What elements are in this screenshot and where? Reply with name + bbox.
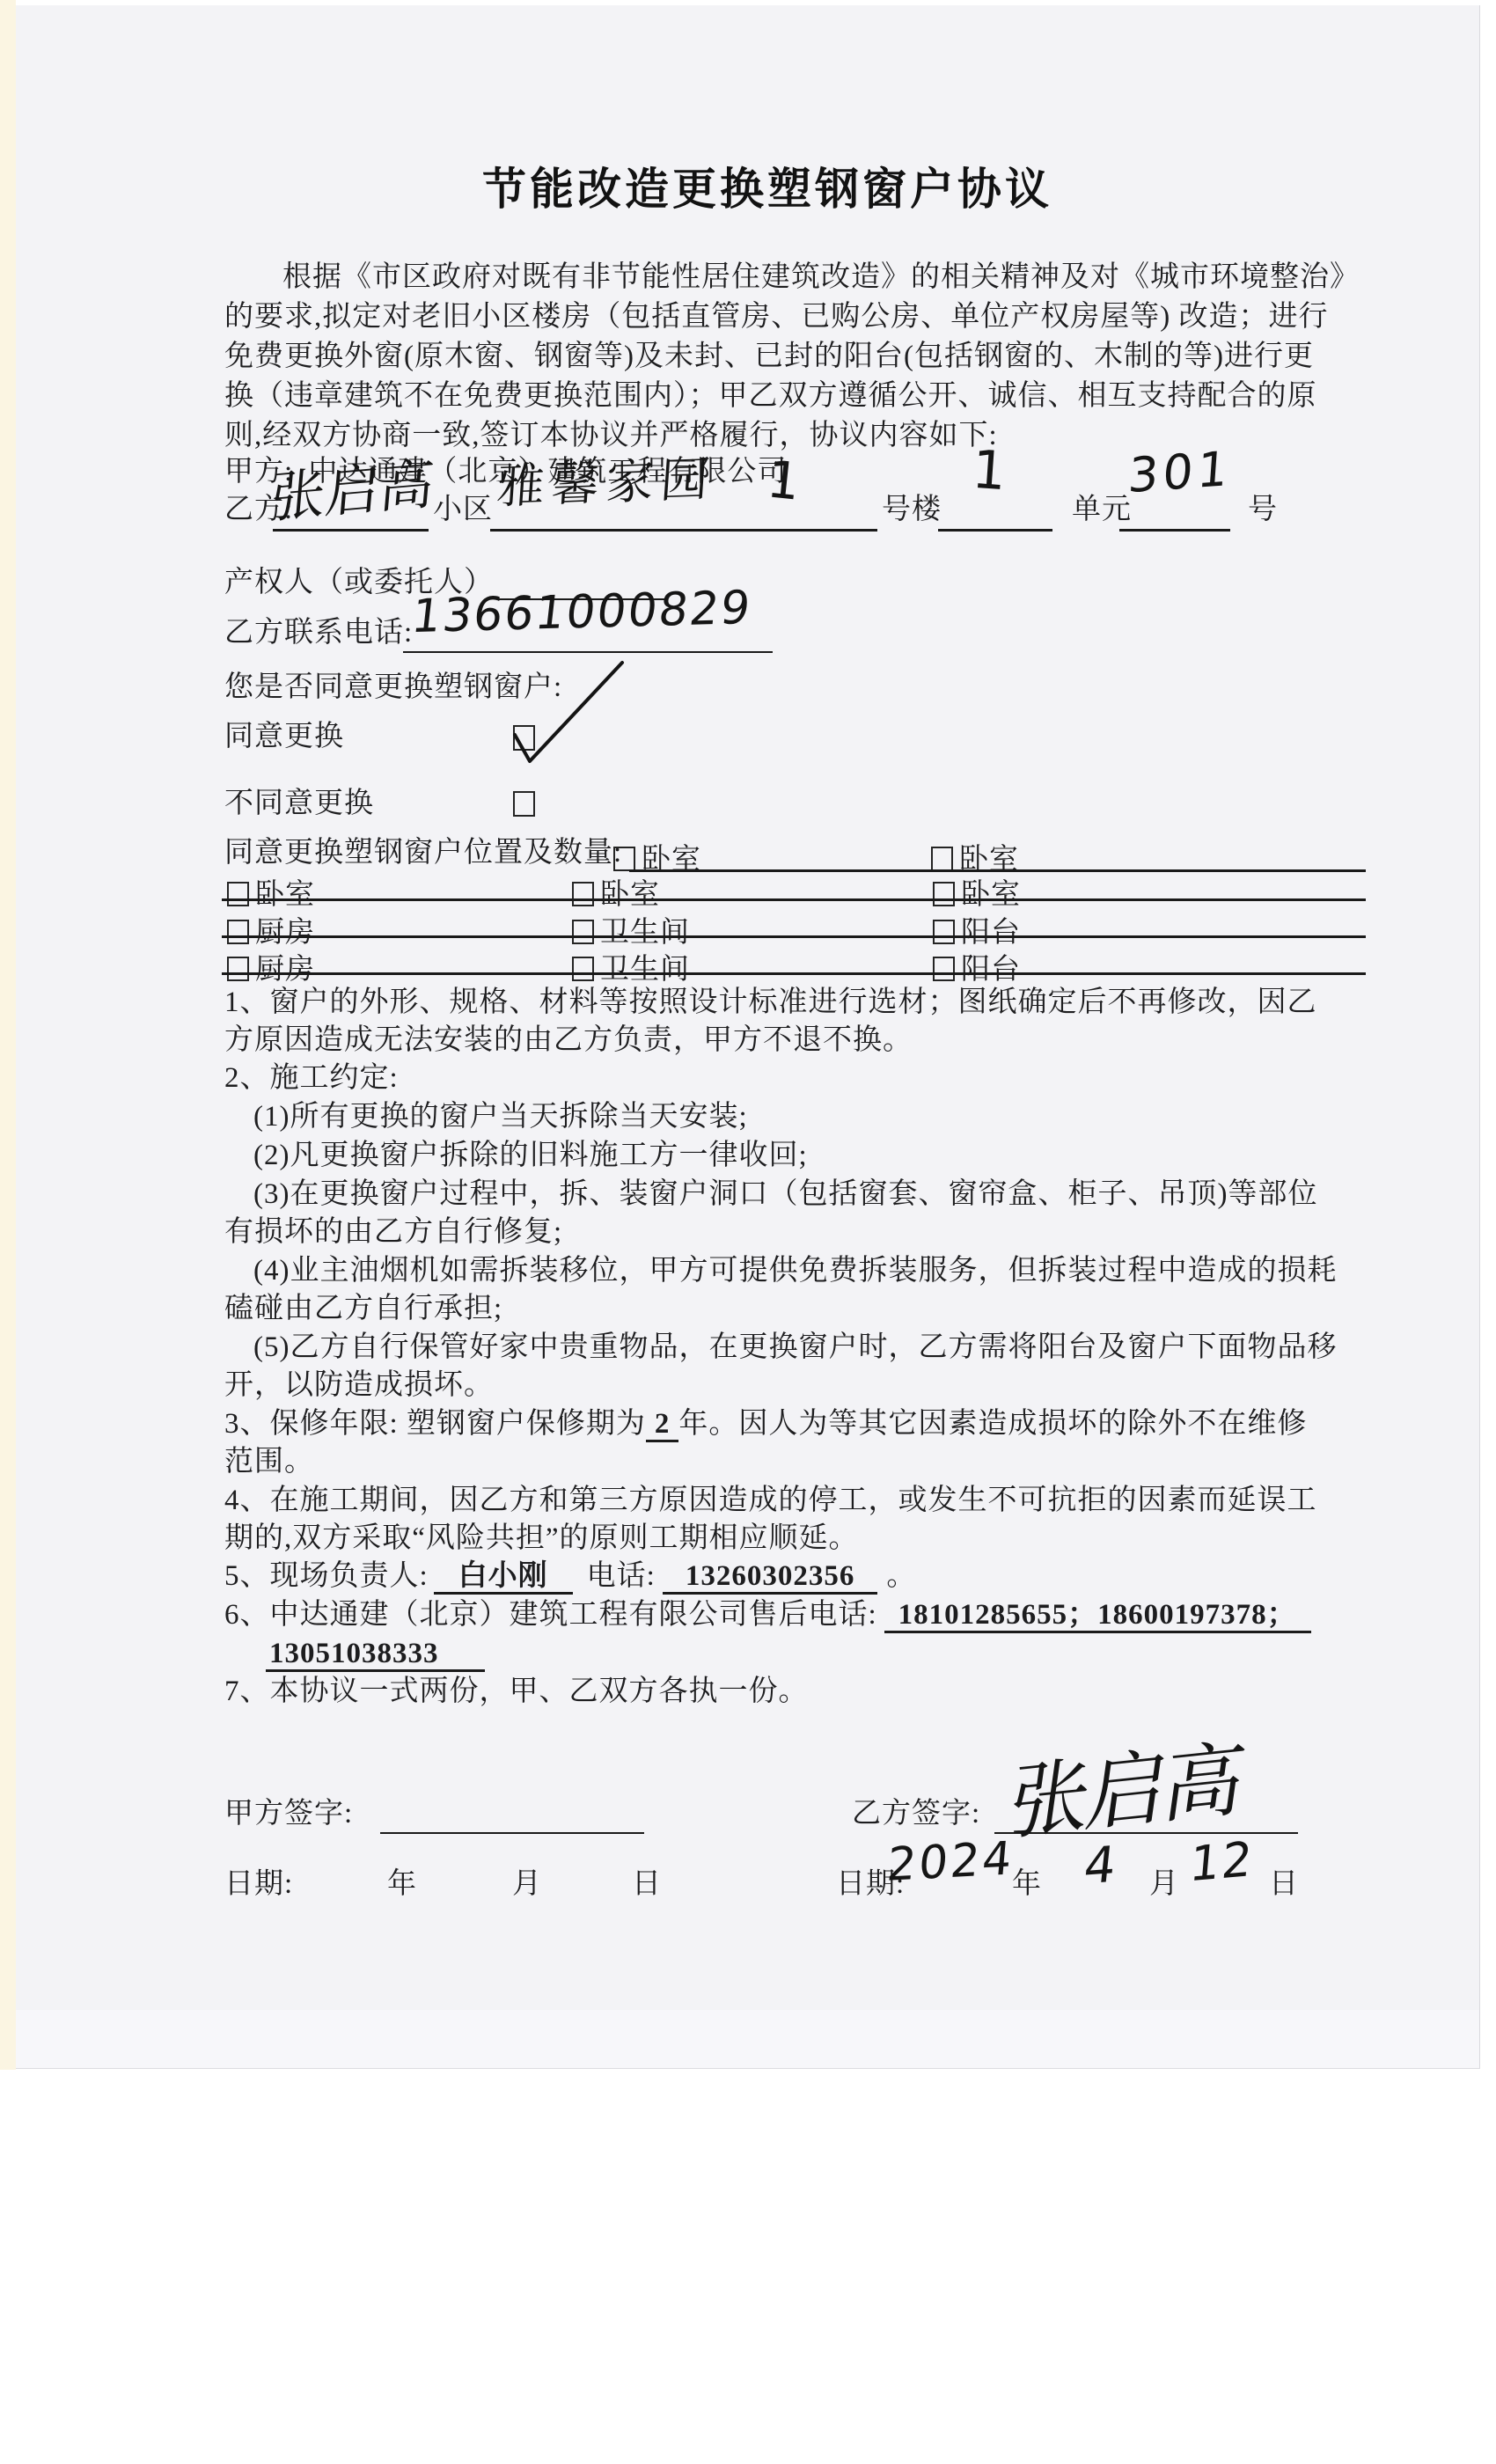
aftersales-phones-2: 13051038333 [266, 1638, 485, 1672]
clause-3-suffix: 年。因人为等其它因素造成损坏的除外不在维修 [678, 1408, 1307, 1440]
location-cell: 卫生间 [572, 909, 690, 950]
clause-6-line-2: 13051038333 [266, 1637, 485, 1671]
room-label: 阳台 [961, 917, 1021, 949]
checkbox-icon [613, 847, 635, 871]
handwritten-room-no: 301 [1126, 441, 1234, 504]
contact-label: 乙方联系电话: [224, 616, 413, 650]
intro-line-1: 根据《市区政府对既有非节能性居住建筑改造》的相关精神及对《城市环境整治》 [282, 260, 1360, 295]
row-rule [222, 972, 1366, 975]
row-rule [222, 898, 1366, 901]
locations-header-label: 同意更换塑钢窗户位置及数量: [224, 836, 622, 870]
clause-1-line-2: 方原因造成无法安装的由乙方负责，甲方不退不换。 [224, 1023, 913, 1058]
checkbox-icon [933, 920, 955, 944]
clause-3-prefix: 3、保修年限: 塑钢窗户保修期为 [224, 1408, 646, 1440]
clause-5-tel-label: 电话: [587, 1560, 656, 1592]
clause-5-tail: 。 [886, 1560, 916, 1592]
clause-5-label: 5、现场负责人: [224, 1560, 429, 1592]
community-blank [490, 529, 877, 532]
room-blank [1119, 529, 1230, 532]
checkbox-icon [931, 847, 953, 871]
room-label: 卧室 [961, 879, 1021, 911]
year-label-right: 年 [1012, 1867, 1042, 1902]
year-label-left: 年 [387, 1867, 417, 1902]
checkbox-icon [227, 957, 249, 981]
intro-line-2: 的要求,拟定对老旧小区楼房（包括直管房、已购公房、单位产权房屋等) 改造；进行 [224, 300, 1329, 334]
party-a-signature-blank [380, 1832, 644, 1834]
handwritten-building-no: 1 [765, 449, 803, 511]
handwritten-year: 2024 [884, 1832, 1016, 1892]
checkbox-icon [572, 920, 594, 944]
handwritten-month: 4 [1082, 1836, 1118, 1896]
clause-2-item-1: (1)所有更换的窗户当天拆除当天安装; [253, 1100, 748, 1134]
document-title: 节能改造更换塑钢窗户协议 [482, 164, 1052, 216]
day-label-right: 日 [1269, 1867, 1299, 1902]
clause-2-item-4-line-2: 磕碰由乙方自行承担; [224, 1292, 502, 1326]
paper-bottom-band [16, 2010, 1479, 2068]
handwritten-checkmark [488, 647, 647, 779]
clause-2-item-3-line-2: 有损坏的由乙方自行修复; [224, 1215, 562, 1250]
room-label: 卧室 [255, 879, 315, 911]
party-b-signature-label: 乙方签字: [852, 1797, 980, 1831]
location-cell: 卫生间 [572, 946, 690, 987]
warranty-years-value: 2 [646, 1408, 679, 1442]
scan-edge-strip [0, 0, 16, 2070]
room-label: 卫生间 [600, 917, 690, 949]
checkbox-icon [933, 957, 955, 981]
building-blank [938, 529, 1052, 532]
clause-2-item-3-line-1: (3)在更换窗户过程中，拆、装窗户洞口（包括窗套、窗帘盒、柜子、吊顶)等部位 [253, 1177, 1317, 1212]
site-manager-name: 白小刚 [434, 1560, 573, 1595]
party-a-signature-label: 甲方签字: [224, 1797, 353, 1831]
scanned-document: 节能改造更换塑钢窗户协议 根据《市区政府对既有非节能性居住建筑改造》的相关精神及… [0, 0, 1496, 2464]
handwritten-phone: 13661000829 [409, 582, 755, 643]
room-label: 阳台 [961, 954, 1021, 986]
room-label: 厨房 [255, 954, 315, 986]
location-cell: 厨房 [227, 946, 315, 987]
clause-4-line-1: 4、在施工期间，因乙方和第三方原因造成的停工，或发生不可抗拒的因素而延误工 [224, 1484, 1317, 1518]
room-label: 厨房 [255, 917, 315, 949]
location-cell: 卧室 [227, 871, 315, 913]
clause-7: 7、本协议一式两份，甲、乙双方各执一份。 [224, 1675, 809, 1709]
row-rule [222, 935, 1366, 938]
community-label: 小区 [433, 493, 493, 527]
location-cell: 卧室 [933, 871, 1021, 913]
month-label-left: 月 [512, 1867, 542, 1902]
number-label: 号 [1248, 493, 1278, 527]
checkbox-icon [572, 957, 594, 981]
location-cell: 阳台 [933, 909, 1021, 950]
clause-5: 5、现场负责人:白小刚电话:13260302356。 [224, 1559, 916, 1594]
room-label: 卧室 [600, 879, 660, 911]
disagree-checkbox [513, 791, 535, 817]
intro-line-3: 免费更换外窗(原木窗、钢窗等)及未封、已封的阳台(包括钢窗的、木制的等)进行更 [224, 340, 1314, 374]
intro-line-4: 换（违章建筑不在免费更换范围内）；甲乙双方遵循公开、诚信、相互支持配合的原 [224, 379, 1317, 414]
clause-4-line-2: 期的,双方采取“风险共担”的原则工期相应顺延。 [224, 1522, 859, 1556]
clause-6-label: 6、中达通建（北京）建筑工程有限公司售后电话: [224, 1599, 877, 1631]
clause-6-line-1: 6、中达通建（北京）建筑工程有限公司售后电话:18101285655；18600… [224, 1598, 1311, 1632]
clause-1-line-1: 1、窗户的外形、规格、材料等按照设计标准进行选材；图纸确定后不再修改，因乙 [224, 986, 1317, 1020]
clause-2-item-5-line-1: (5)乙方自行保管好家中贵重物品，在更换窗户时，乙方需将阳台及窗户下面物品移 [253, 1331, 1337, 1365]
location-cell: 厨房 [227, 909, 315, 950]
room-label: 卫生间 [600, 954, 690, 986]
clause-3-line-1: 3、保修年限: 塑钢窗户保修期为2年。因人为等其它因素造成损坏的除外不在维修 [224, 1407, 1307, 1441]
agree-label: 同意更换 [224, 720, 344, 754]
day-label-left: 日 [632, 1867, 662, 1902]
handwritten-community: 雅馨家园 [495, 442, 717, 517]
handwritten-unit-no: 1 [971, 439, 1008, 502]
checkbox-icon [572, 882, 594, 906]
checkbox-icon [227, 920, 249, 944]
clause-3-line-2: 范围。 [224, 1445, 314, 1479]
location-cell: 阳台 [933, 946, 1021, 987]
checkbox-icon [227, 882, 249, 906]
month-label-right: 月 [1149, 1867, 1179, 1902]
disagree-label: 不同意更换 [224, 787, 374, 821]
site-manager-phone: 13260302356 [663, 1560, 878, 1595]
checkbox-icon [933, 882, 955, 906]
building-label: 号楼 [882, 493, 942, 527]
handwritten-party-b-name: 张启高 [268, 439, 437, 532]
clause-2-item-4-line-1: (4)业主油烟机如需拆装移位，甲方可提供免费拆装服务，但拆装过程中造成的损耗 [253, 1254, 1337, 1288]
clause-2-item-5-line-2: 开，以防造成损坏。 [224, 1368, 494, 1403]
date-label-left: 日期: [224, 1867, 293, 1902]
clause-2: 2、施工约定: [224, 1061, 399, 1096]
location-cell: 卧室 [572, 871, 660, 913]
aftersales-phones-1: 18101285655；18600197378； [884, 1599, 1311, 1633]
handwritten-day: 12 [1187, 1830, 1256, 1892]
clause-2-item-2: (2)凡更换窗户拆除的旧料施工方一律收回; [253, 1139, 808, 1173]
unit-label: 单元 [1072, 493, 1132, 527]
